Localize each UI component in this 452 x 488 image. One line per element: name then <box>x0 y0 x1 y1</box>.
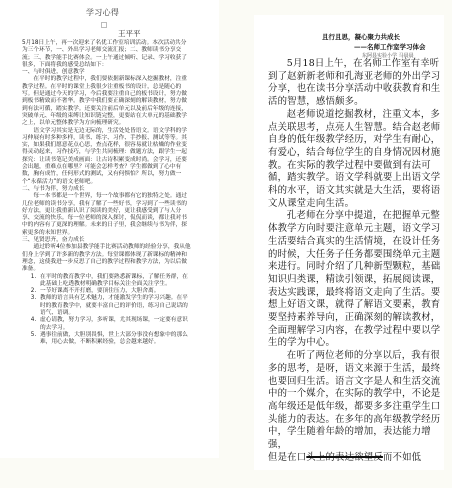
right-page-subtitle: ——名师工作室学习体会 <box>354 42 426 51</box>
right-paragraph-4: 在听了两位老师的分享以后，我有很多的思考，是呀，语文来源于生活，最终也要回归生活… <box>268 350 446 452</box>
last-line-prefix: 但是在口 <box>268 452 306 463</box>
intro-paragraph: 5月18日上午，再一次迎来了名优工作室培训活动。本次活动共分为三个环节，一、外出… <box>22 40 192 69</box>
left-page-author: 王平平 <box>118 28 141 39</box>
left-document-page: 学习心得 王平平 5月18日上午，再一次迎来了名优工作室培训活动。本次活动共分为… <box>0 0 219 458</box>
paragraph-mark-icon <box>101 22 107 28</box>
section-1-paragraph-2: 语文学习其实是无边无际的，生活处处皆语文。语文学科的学习伸展有时多种多样，读书、… <box>22 128 192 186</box>
section-3-paragraph-1: 通过聆听4位参加县教学能手比赛活动教师的经验分享，我从他们身上学到了许多新的教学… <box>22 244 192 273</box>
right-document-page: 且行且思，凝心聚力共成长 ——名师工作室学习体会 东阿县实验小学 马晨晨 5月1… <box>254 15 444 470</box>
list-item: 遇事往前做，大胆别畏惧，世上大部分事没有想象中的那么难，用心去做，不断积累经验，… <box>38 332 192 347</box>
last-line-suffix: 而不如低 <box>383 452 421 463</box>
right-last-line: 但是在口头上的表达欲望反而不如低 <box>268 452 446 465</box>
section-2-paragraph-1: 每一本书都是一个世界，每一个故事都有它的独特之处。通过几位老师的读书分享，我有了… <box>22 193 192 237</box>
right-paragraph-1: 5月18日上午，在名师工作室有幸听到了赵新新老师和孔海亚老师的外出学习分享，也在… <box>268 58 446 109</box>
list-item: 虚心请教，努力学习，多听课，尤其现场课，一定要有意识的去学习。 <box>38 317 192 332</box>
section-3-list: 在平时的教育教学中，我们要熟悉新课标，了解任务群，在此基础上吃透教材明确教学目标… <box>22 274 192 347</box>
left-page-body: 5月18日上午，再一次迎来了名优工作室培训活动。本次活动共分为三个环节，一、外出… <box>22 40 192 346</box>
right-paragraph-3: 孔老师在分享中提道，在把握单元整体教学方向时要注意单元主题，语文学习生活要结合真… <box>268 210 446 350</box>
struck-text: 头上的表达欲望反 <box>306 452 383 463</box>
left-page-title: 学习心得 <box>86 7 119 18</box>
right-paragraph-2: 赵老师说道挖掘教材，注重文本，多点关联思考，点亮人生智慧。结合赵老师自身的低年级… <box>268 109 446 211</box>
right-page-title: 且行且思，凝心聚力共成长 <box>322 32 452 41</box>
right-page-body: 5月18日上午，在名师工作室有幸听到了赵新新老师和孔海亚老师的外出学习分享，也在… <box>268 58 446 465</box>
list-item: 教师的语言具有艺术魅力，才能激发学生的学习兴趣。在平时的教育教学中，就要丰富自己… <box>38 295 192 317</box>
list-item: 在平时的教育教学中，我们要熟悉新课标，了解任务群，在此基础上吃透教材明确教学目标… <box>38 274 192 289</box>
section-1-paragraph-1: 在平时的教学过程中，我们要依据新课标深入挖掘教材，注重教学过程。在平时的课堂上我… <box>22 76 192 127</box>
